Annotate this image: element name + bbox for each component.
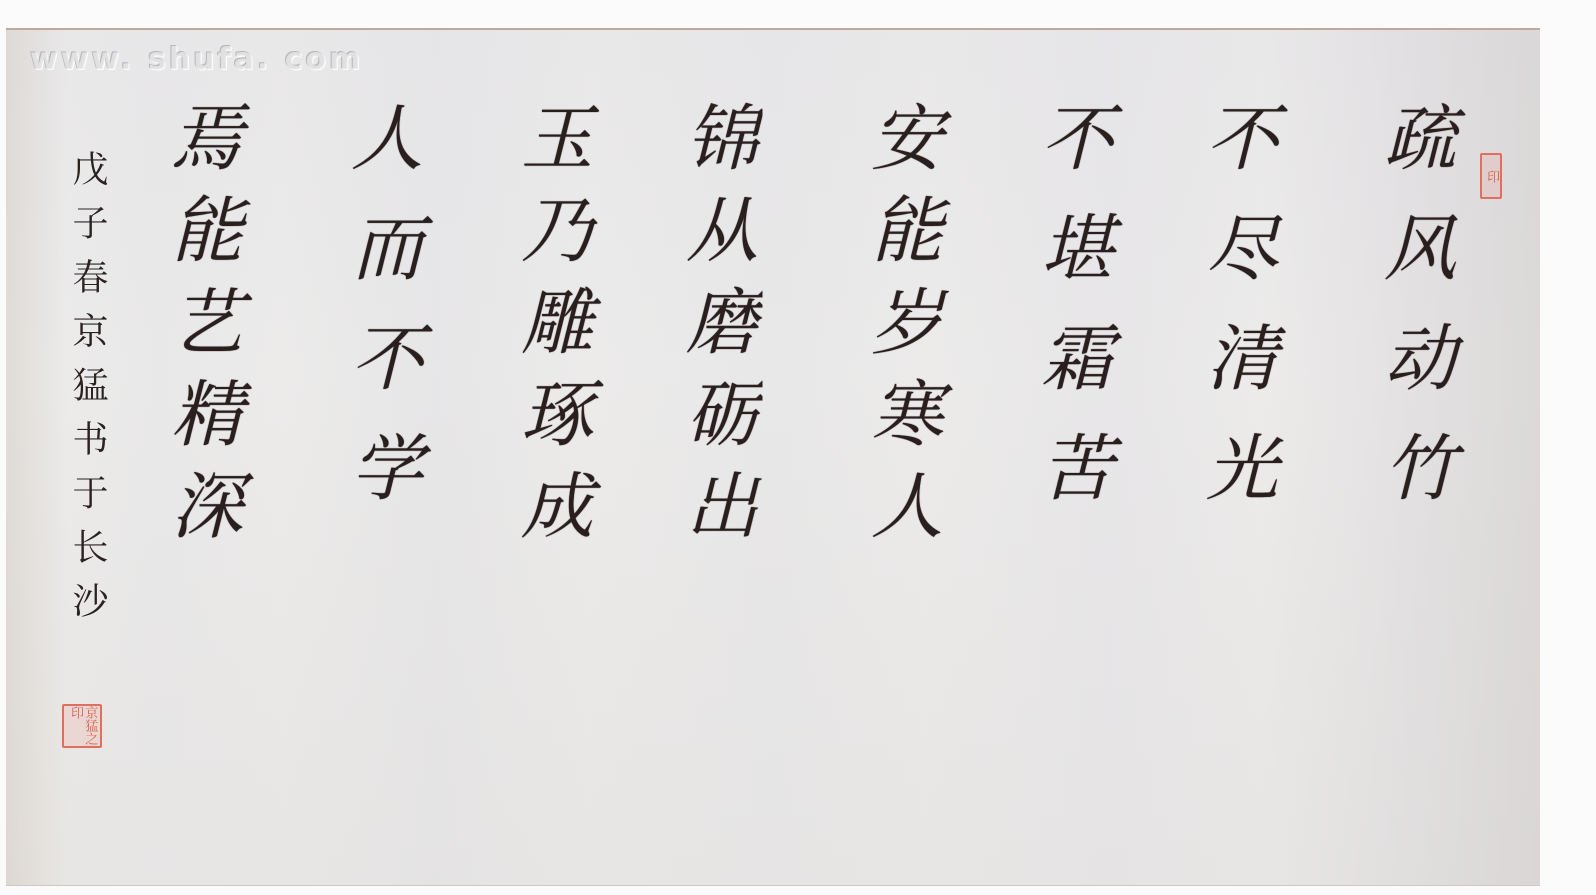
text-column-4: 安能岁寒人 xyxy=(865,100,937,560)
text-column-1: 疏风动竹 xyxy=(1378,100,1450,540)
text-column-8: 焉能艺精深 xyxy=(165,100,237,560)
signature-inscription: 戊子春京猛书于长沙 xyxy=(62,150,113,636)
leading-seal: 印 xyxy=(1480,153,1502,199)
watermark: www. shufa. com xyxy=(30,42,363,77)
text-column-2: 不尽清光 xyxy=(1200,100,1272,540)
text-column-6: 玉乃雕琢成 xyxy=(515,100,587,560)
text-column-3: 不堪霜苦 xyxy=(1035,100,1107,540)
text-column-7: 人而不学 xyxy=(345,100,417,540)
text-column-5: 锦从磨砺出 xyxy=(680,100,752,560)
name-seal: 京猛之印 xyxy=(62,704,102,748)
